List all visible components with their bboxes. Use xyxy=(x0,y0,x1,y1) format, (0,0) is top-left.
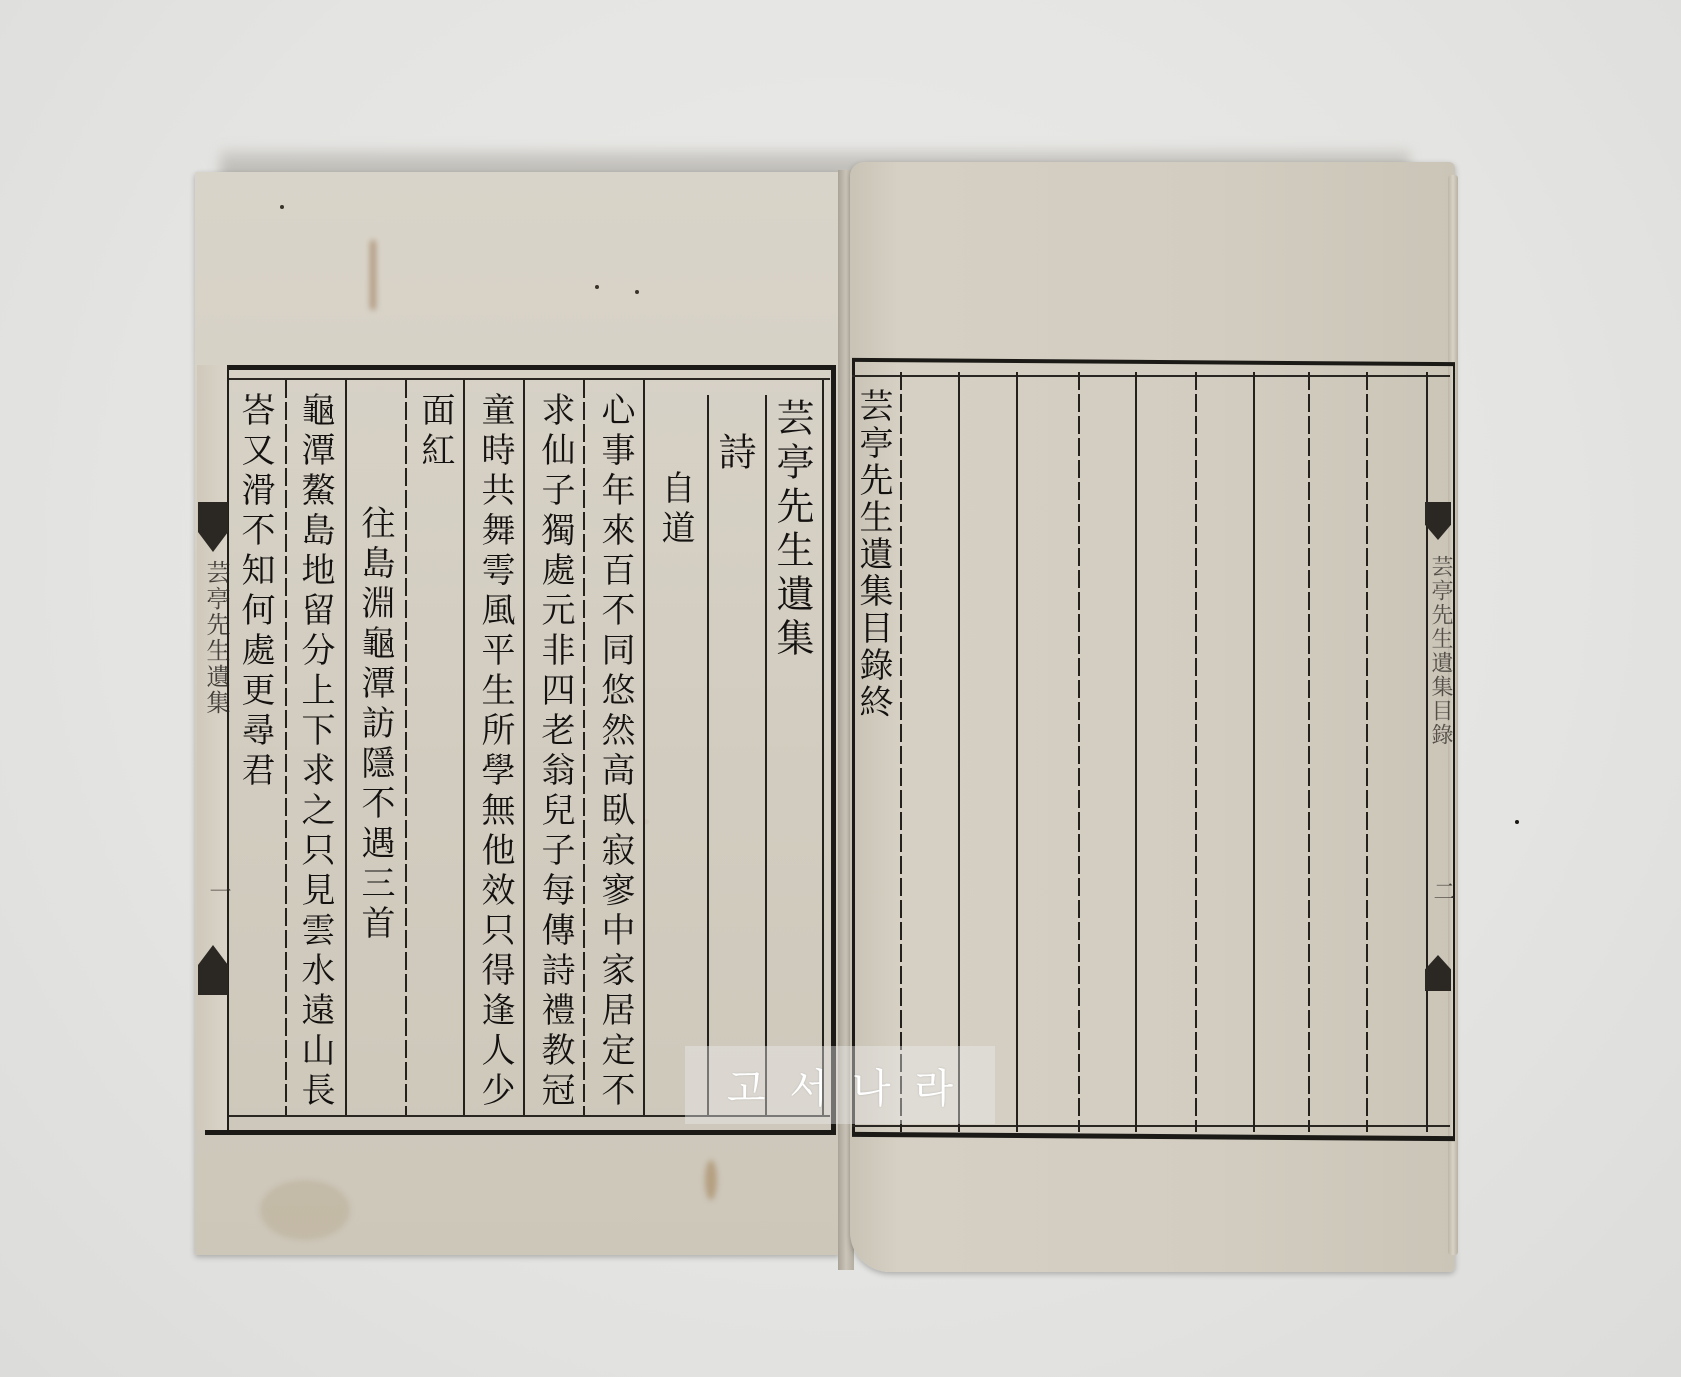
watermark-char: 라 xyxy=(914,1057,953,1114)
paper-speck xyxy=(635,290,639,294)
column-rule xyxy=(1253,372,1255,1132)
column-rule xyxy=(1135,372,1137,1132)
column-rule xyxy=(1426,372,1428,1132)
column-rule xyxy=(1308,372,1310,1132)
section-heading: 詩 xyxy=(715,432,753,476)
column-rule xyxy=(900,372,902,1132)
poem-line: 峇又滑不知何處更尋君 xyxy=(238,392,272,792)
watermark-char: 고 xyxy=(727,1057,766,1114)
fold-title-right: 芸亭先生遺集目錄 xyxy=(1425,555,1456,747)
column-rule xyxy=(822,380,824,1115)
column-rule xyxy=(583,380,585,1115)
book-title-column: 芸亭先生遺集 xyxy=(773,398,811,662)
poem-line: 面紅 xyxy=(418,392,452,472)
paper-stain xyxy=(260,1180,350,1240)
paper-speck xyxy=(1515,820,1519,824)
column-rule xyxy=(958,372,960,1132)
fold-page-number-left: 一 xyxy=(203,880,234,904)
paper-stain xyxy=(370,240,376,310)
column-rule xyxy=(1366,372,1368,1132)
fold-page-number-right: 二 xyxy=(1427,880,1458,904)
fold-title-left: 芸亭先生遺集 xyxy=(199,560,234,716)
column-rule xyxy=(1016,372,1018,1132)
column-rule xyxy=(345,380,347,1115)
paper-speck xyxy=(595,285,599,289)
paper-speck xyxy=(280,205,284,209)
column-rule xyxy=(765,395,767,1115)
table-of-contents-end-column: 芸亭先生遺集目錄終 xyxy=(856,388,890,721)
watermark: 고 서 나 라 xyxy=(685,1046,995,1124)
inner-top-rule xyxy=(205,378,830,380)
fold-strip-left xyxy=(197,365,229,1130)
watermark-char: 나 xyxy=(852,1057,891,1114)
column-rule xyxy=(463,380,465,1115)
column-rule xyxy=(285,380,287,1115)
poem-line: 心事年來百不同悠然高臥寂寥中家居定不 xyxy=(598,392,632,1112)
column-rule xyxy=(523,380,525,1115)
column-rule xyxy=(1078,372,1080,1132)
column-rule xyxy=(405,380,407,1115)
column-rule xyxy=(1195,372,1197,1132)
poem-line: 童時共舞雩風平生所學無他效只得逢人少 xyxy=(478,392,512,1112)
poem-line: 龜潭鰲島地留分上下求之只見雲水遠山長 xyxy=(298,392,332,1112)
poem-line: 求仙子獨處元非四老翁兒子每傳詩禮教冠 xyxy=(538,392,572,1112)
column-rule xyxy=(707,395,709,1115)
poem-title: 自道 xyxy=(658,470,692,550)
column-rule xyxy=(643,380,645,1115)
poem-title: 往島淵龜潭訪隱不遇三首 xyxy=(358,505,392,945)
watermark-char: 서 xyxy=(789,1057,828,1114)
inner-top-rule xyxy=(852,375,1450,377)
right-printed-frame xyxy=(852,358,1455,1141)
paper-stain xyxy=(705,1160,717,1200)
inner-bottom-rule xyxy=(852,1125,1450,1127)
